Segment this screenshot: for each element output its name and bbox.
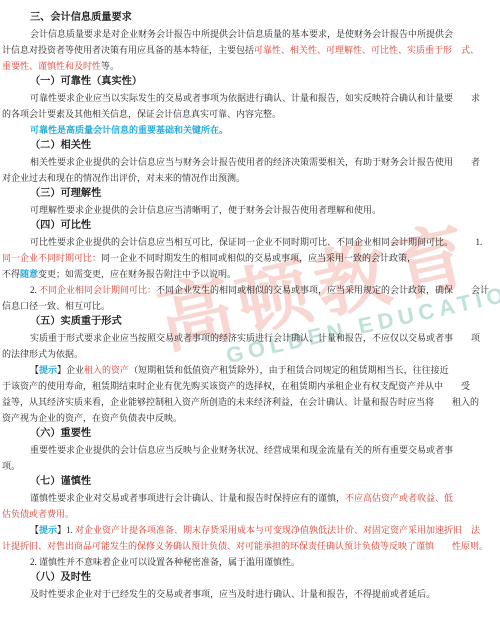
text-line: 不得随意变更；如需变更，应在财务报告附注中予以说明。 bbox=[2, 266, 497, 282]
text-segment: 变更；如需变更，应在财务报告附注中予以说明。 bbox=[38, 269, 236, 279]
text-line: 相关性要求企业提供的会计信息应当与财务会计报告使用者的经济决策需要相关，有助于财… bbox=[2, 154, 497, 170]
text-segment: 重要性、谨慎性和及时性 bbox=[2, 61, 101, 71]
text-segment: 的各项会计要素及其他相关信息，保证会计信息真实可靠、内容完整。 bbox=[2, 109, 281, 119]
heading-line: （三）可理解性 bbox=[2, 186, 497, 202]
text-segment: 租入的资产 bbox=[84, 365, 129, 375]
text-line: 计提折旧、对售出商品可能发生的保修义务确认预计负债、对可能承担的环保责任确认预计… bbox=[2, 538, 497, 554]
heading-line: （一）可靠性（真实性） bbox=[2, 74, 497, 90]
text-segment: 谨慎性要求企业对交易或者事项进行会计确认、计量和报告时保持应有的谨慎， bbox=[30, 493, 345, 503]
text-segment: 可靠性、相关性、可理解性、可比性、实质重于形 式、 bbox=[254, 45, 479, 55]
text-segment: 【 bbox=[30, 365, 39, 375]
text-segment: （短期租赁和低值资产租赁除外），由于租赁合同规定的租赁期相当长，往往接近 bbox=[129, 365, 449, 375]
text-segment: 益等，从其经济实质来看，企业能够控制租入资产所创造的未来经济利益，在会计确认、计… bbox=[2, 397, 479, 407]
text-line: 于该资产的使用寿命，租赁期结束时企业有优先购买该资产的选择权，在租赁期内承租企业… bbox=[2, 378, 497, 394]
text-line: 实质重于形式要求企业应当按照交易或者事项的经济实质进行会计确认、计量和报告，不应… bbox=[2, 330, 497, 346]
text-segment: 可靠性要求企业应当以实际发生的交易或者事项为依据进行确认、计量和报告，如实反映符… bbox=[30, 93, 480, 103]
text-line: 2. 不同企业相同会计期间可比：不同企业发生的相同或相似的交易或事项，应当采用规… bbox=[2, 282, 497, 298]
text-line: 的各项会计要素及其他相关信息，保证会计信息真实可靠、内容完整。 bbox=[2, 106, 497, 122]
text-segment: 不得 bbox=[2, 269, 20, 279]
text-segment: 对企业资产计提各项准备、期末存货采用成本与可变现净值孰低法计价、对固定资产采用加… bbox=[75, 525, 480, 535]
text-segment: 随意 bbox=[20, 269, 38, 279]
text-segment: 提示 bbox=[39, 365, 57, 375]
text-segment: 同一企业不同时期发生的相同或相似的交易或事项，应当采用一致的会计政策， bbox=[101, 253, 416, 263]
text-line: 估负债或者费用。 bbox=[2, 506, 497, 522]
text-segment: 可理解性要求企业提供的会计信息应当清晰明了，便于财务会计报告使用者理解和使用。 bbox=[30, 205, 381, 215]
text-segment: 会计信息质量要求是对企业财务会计报告中所提供会计信息质量的基本要求，是使财务会计… bbox=[30, 29, 453, 39]
heading-line: （七）谨慎性 bbox=[2, 474, 497, 490]
text-segment: 于该资产的使用寿命，租赁期结束时企业有优先购买该资产的选择权，在租赁期内承租企业… bbox=[2, 381, 470, 391]
text-segment: 估负债或者费用。 bbox=[2, 509, 74, 519]
text-line: 对企业过去和现在的情况作出评价，对未来的情况作出预测。 bbox=[2, 170, 497, 186]
text-segment: （五）实质重于形式 bbox=[30, 316, 122, 327]
heading-line: （五）实质重于形式 bbox=[2, 314, 497, 330]
text-line: 可比性要求企业提供的会计信息应当相互可比，保证同一企业不同时期可比、不同企业相同… bbox=[2, 234, 497, 250]
text-segment: 2. bbox=[30, 285, 39, 295]
text-segment: 重要性要求企业提供的会计信息应当反映与企业财务状况、经营成果和现金流量有关的所有… bbox=[30, 445, 453, 455]
text-segment: 等。 bbox=[101, 61, 119, 71]
text-line: 谨慎性要求企业对交易或者事项进行会计确认、计量和报告时保持应有的谨慎，不应高估资… bbox=[2, 490, 497, 506]
text-segment: 】1. bbox=[57, 525, 75, 535]
text-line: 项。 bbox=[2, 458, 497, 474]
text-segment: 相关性要求企业提供的会计信息应当与财务会计报告使用者的经济决策需要相关，有助于财… bbox=[30, 157, 480, 167]
text-segment: （二）相关性 bbox=[30, 140, 91, 151]
text-segment: 实质重于形式要求企业应当按照交易或者事项的经济实质进行会计确认、计量和报告，不应… bbox=[30, 333, 480, 343]
text-segment: 资产视为企业的资产，在资产负债表中反映。 bbox=[2, 413, 182, 423]
text-segment: 提示 bbox=[39, 525, 57, 535]
heading-line: 三、会计信息质量要求 bbox=[2, 10, 497, 26]
text-line: 可靠性要求企业应当以实际发生的交易或者事项为依据进行确认、计量和报告，如实反映符… bbox=[2, 90, 497, 106]
text-segment: 的法律形式为依据。 bbox=[2, 349, 83, 359]
text-segment: 不应高估资产或者收益、低 bbox=[345, 493, 453, 503]
heading-line: （四）可比性 bbox=[2, 218, 497, 234]
text-segment: 2. 谨慎性并不意味着企业可以设置各种秘密准备，属于滥用谨慎性。 bbox=[30, 557, 300, 567]
text-segment: （七）谨慎性 bbox=[30, 476, 91, 487]
text-segment: 同一企业不同时期可比： bbox=[2, 253, 101, 263]
text-line: 可靠性是高质量会计信息的重要基础和关键所在。 bbox=[2, 122, 497, 138]
text-line: 重要性要求企业提供的会计信息应当反映与企业财务状况、经营成果和现金流量有关的所有… bbox=[2, 442, 497, 458]
text-segment: 计提折旧、对售出商品可能发生的保修义务确认预计负债、对可能承担的环保责任确认预计… bbox=[2, 541, 488, 551]
text-line: 计信息对投资者等使用者决策有用应具备的基本特征，主要包括可靠性、相关性、可理解性… bbox=[2, 42, 497, 58]
text-line: 信息口径一致、相互可比。 bbox=[2, 298, 497, 314]
text-segment: 项。 bbox=[2, 461, 20, 471]
text-segment: 三、会计信息质量要求 bbox=[30, 12, 132, 23]
text-line: 益等，从其经济实质来看，企业能够控制租入资产所创造的未来经济利益，在会计确认、计… bbox=[2, 394, 497, 410]
text-line: 2. 谨慎性并不意味着企业可以设置各种秘密准备，属于滥用谨慎性。 bbox=[2, 554, 497, 570]
text-line: 的法律形式为依据。 bbox=[2, 346, 497, 362]
text-segment: （三）可理解性 bbox=[30, 188, 101, 199]
text-segment: 【 bbox=[30, 525, 39, 535]
text-segment: 对企业过去和现在的情况作出评价，对未来的情况作出预测。 bbox=[2, 173, 245, 183]
text-segment: 不同企业发生的相同或相似的交易或事项，应当采用规定的会计政策，确保 会计 bbox=[156, 285, 489, 295]
heading-line: （六）重要性 bbox=[2, 426, 497, 442]
text-line: 及时性要求企业对于已经发生的交易或者事项，应当及时进行确认、计量和报告，不得提前… bbox=[2, 586, 497, 602]
text-line: 资产视为企业的资产，在资产负债表中反映。 bbox=[2, 410, 497, 426]
document-page: 三、会计信息质量要求会计信息质量要求是对企业财务会计报告中所提供会计信息质量的基… bbox=[0, 0, 500, 602]
text-segment: 计信息对投资者等使用者决策有用应具备的基本特征，主要包括 bbox=[2, 45, 254, 55]
text-line: 可理解性要求企业提供的会计信息应当清晰明了，便于财务会计报告使用者理解和使用。 bbox=[2, 202, 497, 218]
text-segment: （四）可比性 bbox=[30, 220, 91, 231]
text-segment: 可靠性是高质量会计信息的重要基础和关键所在。 bbox=[30, 125, 228, 135]
text-segment: （一）可靠性（真实性） bbox=[30, 76, 142, 87]
text-segment: 可比性要求企业提供的会计信息应当相互可比，保证同一企业不同时期可比、不同企业相同… bbox=[30, 237, 482, 247]
text-line: 会计信息质量要求是对企业财务会计报告中所提供会计信息质量的基本要求，是使财务会计… bbox=[2, 26, 497, 42]
text-segment: （八）及时性 bbox=[30, 572, 91, 583]
text-line: 同一企业不同时期可比：同一企业不同时期发生的相同或相似的交易或事项，应当采用一致… bbox=[2, 250, 497, 266]
text-segment: （六）重要性 bbox=[30, 428, 91, 439]
text-segment: 】企业 bbox=[57, 365, 84, 375]
text-line: 重要性、谨慎性和及时性等。 bbox=[2, 58, 497, 74]
text-segment: 信息口径一致、相互可比。 bbox=[2, 301, 110, 311]
heading-line: （八）及时性 bbox=[2, 570, 497, 586]
heading-line: （二）相关性 bbox=[2, 138, 497, 154]
text-line: 【提示】1. 对企业资产计提各项准备、期末存货采用成本与可变现净值孰低法计价、对… bbox=[2, 522, 497, 538]
text-segment: 不同企业相同会计期间可比： bbox=[39, 285, 156, 295]
text-line: 【提示】企业租入的资产（短期租赁和低值资产租赁除外），由于租赁合同规定的租赁期相… bbox=[2, 362, 497, 378]
text-segment: 及时性要求企业对于已经发生的交易或者事项，应当及时进行确认、计量和报告，不得提前… bbox=[30, 589, 435, 599]
